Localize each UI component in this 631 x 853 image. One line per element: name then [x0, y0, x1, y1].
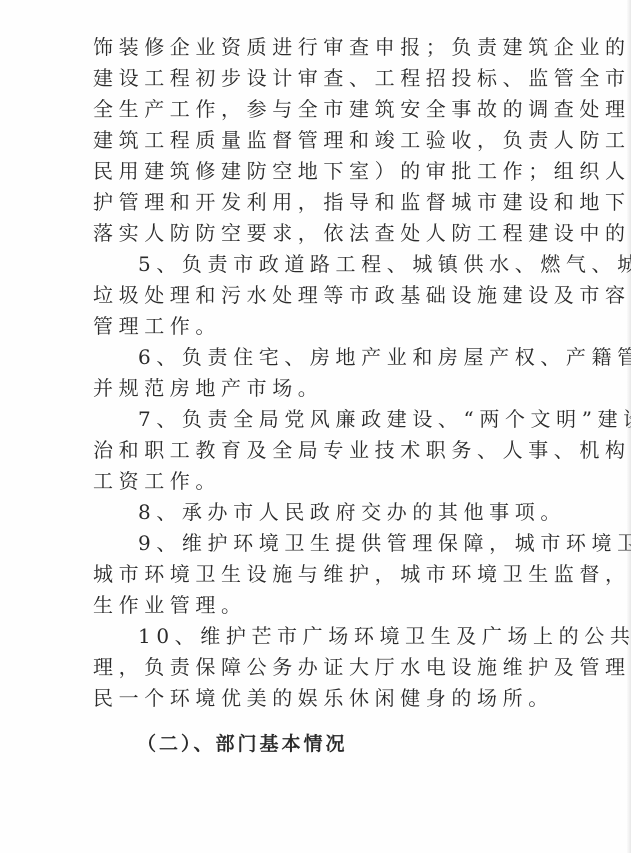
paragraph-line: 生作业管理。: [93, 592, 247, 618]
paragraph-line: 理，负责保障公务办证大厅水电设施维护及管理。给芒市人: [93, 654, 631, 680]
item-8-line: 8、承办市人民政府交办的其他事项。: [138, 499, 566, 525]
paragraph-line: 民用建筑修建防空地下室）的审批工作；组织人防工程的维: [93, 158, 631, 184]
section-heading: （二）、部门基本情况: [137, 731, 348, 757]
paragraph-line: 民一个环境优美的娱乐休闲健身的场所。: [93, 685, 554, 711]
item-7-line: 7、负责全局党风廉政建设、“两个文明”建设、思想政: [138, 406, 631, 432]
paragraph-line: 城市环境卫生设施与维护，城市环境卫生监督，城市环境卫: [93, 561, 631, 587]
paragraph-line: 工资工作。: [93, 468, 221, 494]
paragraph-line: 建筑工程质量监督管理和竣工验收，负责人防工程（含结合: [93, 127, 631, 153]
paragraph-line: 饰装修企业资质进行审查申报；负责建筑企业的资质年检、: [93, 34, 631, 60]
paragraph-line: 落实人防防空要求，依法查处人防工程建设中的违法行为。: [93, 220, 631, 246]
paragraph-line: 全生产工作，参与全市建筑安全事故的调查处理；负责全市: [93, 96, 631, 122]
paragraph-line: 管理工作。: [93, 313, 221, 339]
item-6-line: 6、负责住宅、房地产业和房屋产权、产籍管理工作，: [138, 344, 631, 370]
item-9-line: 9、维护环境卫生提供管理保障，城市环境卫生建设，: [138, 530, 631, 556]
item-5-line: 5、负责市政道路工程、城镇供水、燃气、城市园林绿化、: [138, 251, 631, 277]
paragraph-line: 护管理和开发利用，指导和监督城市建设和地下空间开发中: [93, 189, 631, 215]
paragraph-line: 并规范房地产市场。: [93, 375, 323, 401]
paragraph-line: 垃圾处理和污水处理等市政基础设施建设及市容环境卫生的: [93, 282, 631, 308]
item-10-line: 10、维护芒市广场环境卫生及广场上的公共设施维护管: [138, 623, 631, 649]
paragraph-line: 建设工程初步设计审查、工程招投标、监管全市建筑工程安: [93, 65, 631, 91]
paragraph-line: 治和职工教育及全局专业技术职务、人事、机构编制和劳动: [93, 437, 631, 463]
document-page: 饰装修企业资质进行审查申报；负责建筑企业的资质年检、 建设工程初步设计审查、工程…: [0, 0, 631, 853]
